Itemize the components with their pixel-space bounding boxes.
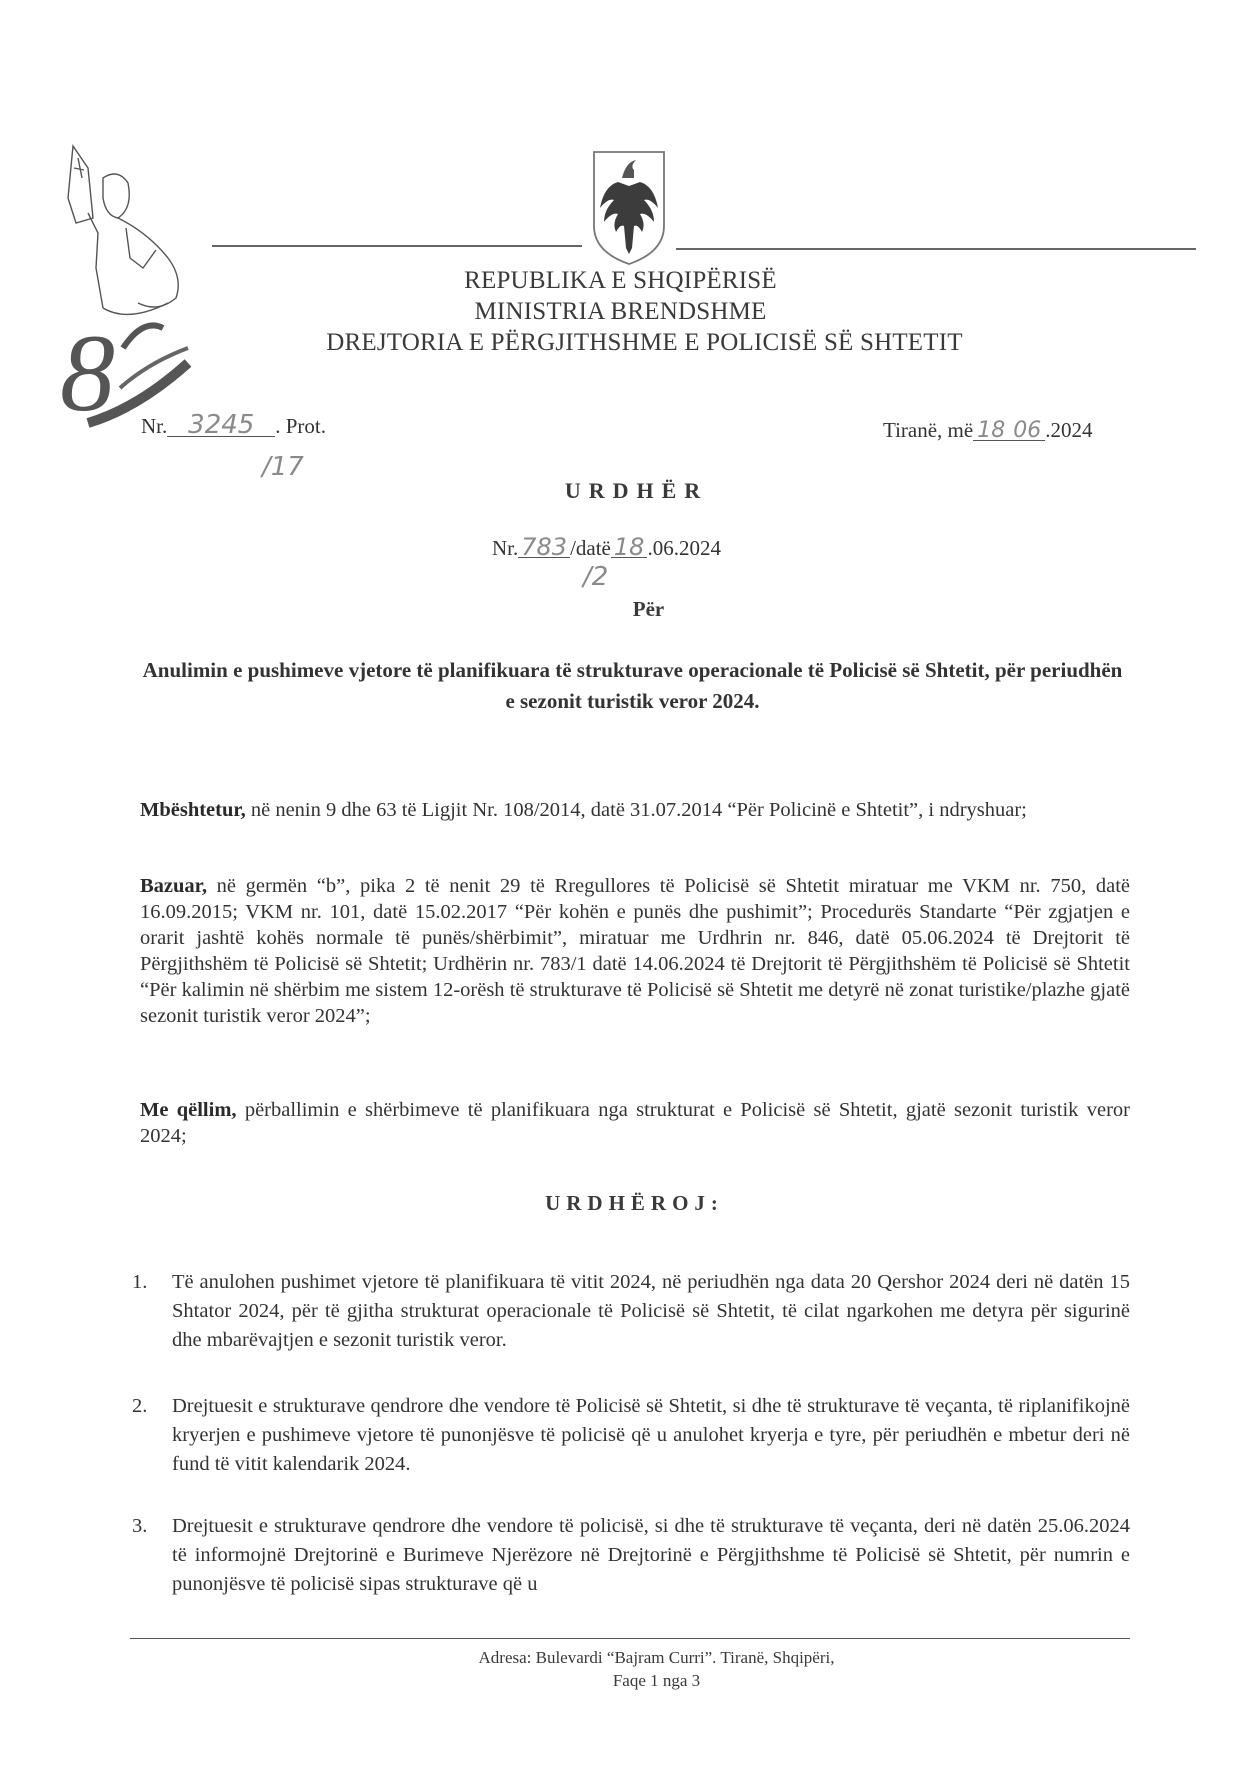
date-month: 06 <box>1009 422 1045 441</box>
decree-item: 3. Drejtuesit e strukturave qendrore dhe… <box>132 1512 1130 1599</box>
preamble-paragraph: Mbështetur, në nenin 9 dhe 63 të Ligjit … <box>140 797 1130 823</box>
decree-item: 1. Të anulohen pushimet vjetore të plani… <box>132 1268 1130 1355</box>
decree-item-text: Drejtuesit e strukturave qendrore dhe ve… <box>172 1512 1130 1599</box>
decree-item-text: Të anulohen pushimet vjetore të planifik… <box>172 1268 1130 1355</box>
protocol-number-line: Nr.3245. Prot. <box>141 414 326 439</box>
page-number: Faqe 1 nga 3 <box>0 1671 1253 1691</box>
order-per-label: Për <box>0 597 1253 622</box>
header-directorate: DREJTORIA E PËRGJITHSHME E POLICISË SË S… <box>18 329 1253 357</box>
decree-item: 2. Drejtuesit e strukturave qendrore dhe… <box>132 1392 1130 1479</box>
protocol-suffix: . Prot. <box>275 414 326 438</box>
footer-address: Adresa: Bulevardi “Bajram Curri”. Tiranë… <box>0 1648 1253 1668</box>
order-number: 783 <box>518 537 570 558</box>
header-country: REPUBLIKA E SHQIPËRISË <box>0 267 1247 295</box>
date-day: 18 <box>973 422 1009 441</box>
order-date-label: datë <box>576 536 611 560</box>
decree-item-number: 2. <box>132 1392 172 1479</box>
order-number-line: Nr.783/datë18.06.2024 <box>492 536 721 561</box>
order-date-rest: .06.2024 <box>647 536 721 560</box>
order-date-day: 18 <box>611 537 648 558</box>
decree-item-number: 3. <box>132 1512 172 1599</box>
document-title: URDHËR <box>0 478 1253 504</box>
order-subnumber: /2 <box>583 562 608 592</box>
order-nr-prefix: Nr. <box>492 536 518 560</box>
header-divider-left <box>212 245 582 247</box>
order-subject: Anulimin e pushimeve vjetore të planifik… <box>140 655 1125 717</box>
footer-divider <box>130 1638 1130 1639</box>
place-prefix: Tiranë, më <box>883 418 973 442</box>
place-date-line: Tiranë, më1806.2024 <box>883 418 1092 443</box>
protocol-prefix: Nr. <box>141 414 167 438</box>
decree-item-text: Drejtuesit e strukturave qendrore dhe ve… <box>172 1392 1130 1479</box>
decree-title: URDHËROJ: <box>0 1191 1253 1216</box>
header-ministry: MINISTRIA BRENDSHME <box>0 298 1247 326</box>
date-year: .2024 <box>1045 418 1092 442</box>
preamble-paragraph: Me qëllim, përballimin e shërbimeve të p… <box>140 1097 1130 1149</box>
protocol-number: 3245 <box>167 414 275 437</box>
coat-of-arms-icon <box>590 148 668 266</box>
decree-item-number: 1. <box>132 1268 172 1355</box>
header-divider-right <box>676 248 1196 250</box>
preamble-paragraph: Bazuar, në germën “b”, pika 2 të nenit 2… <box>140 873 1130 1029</box>
